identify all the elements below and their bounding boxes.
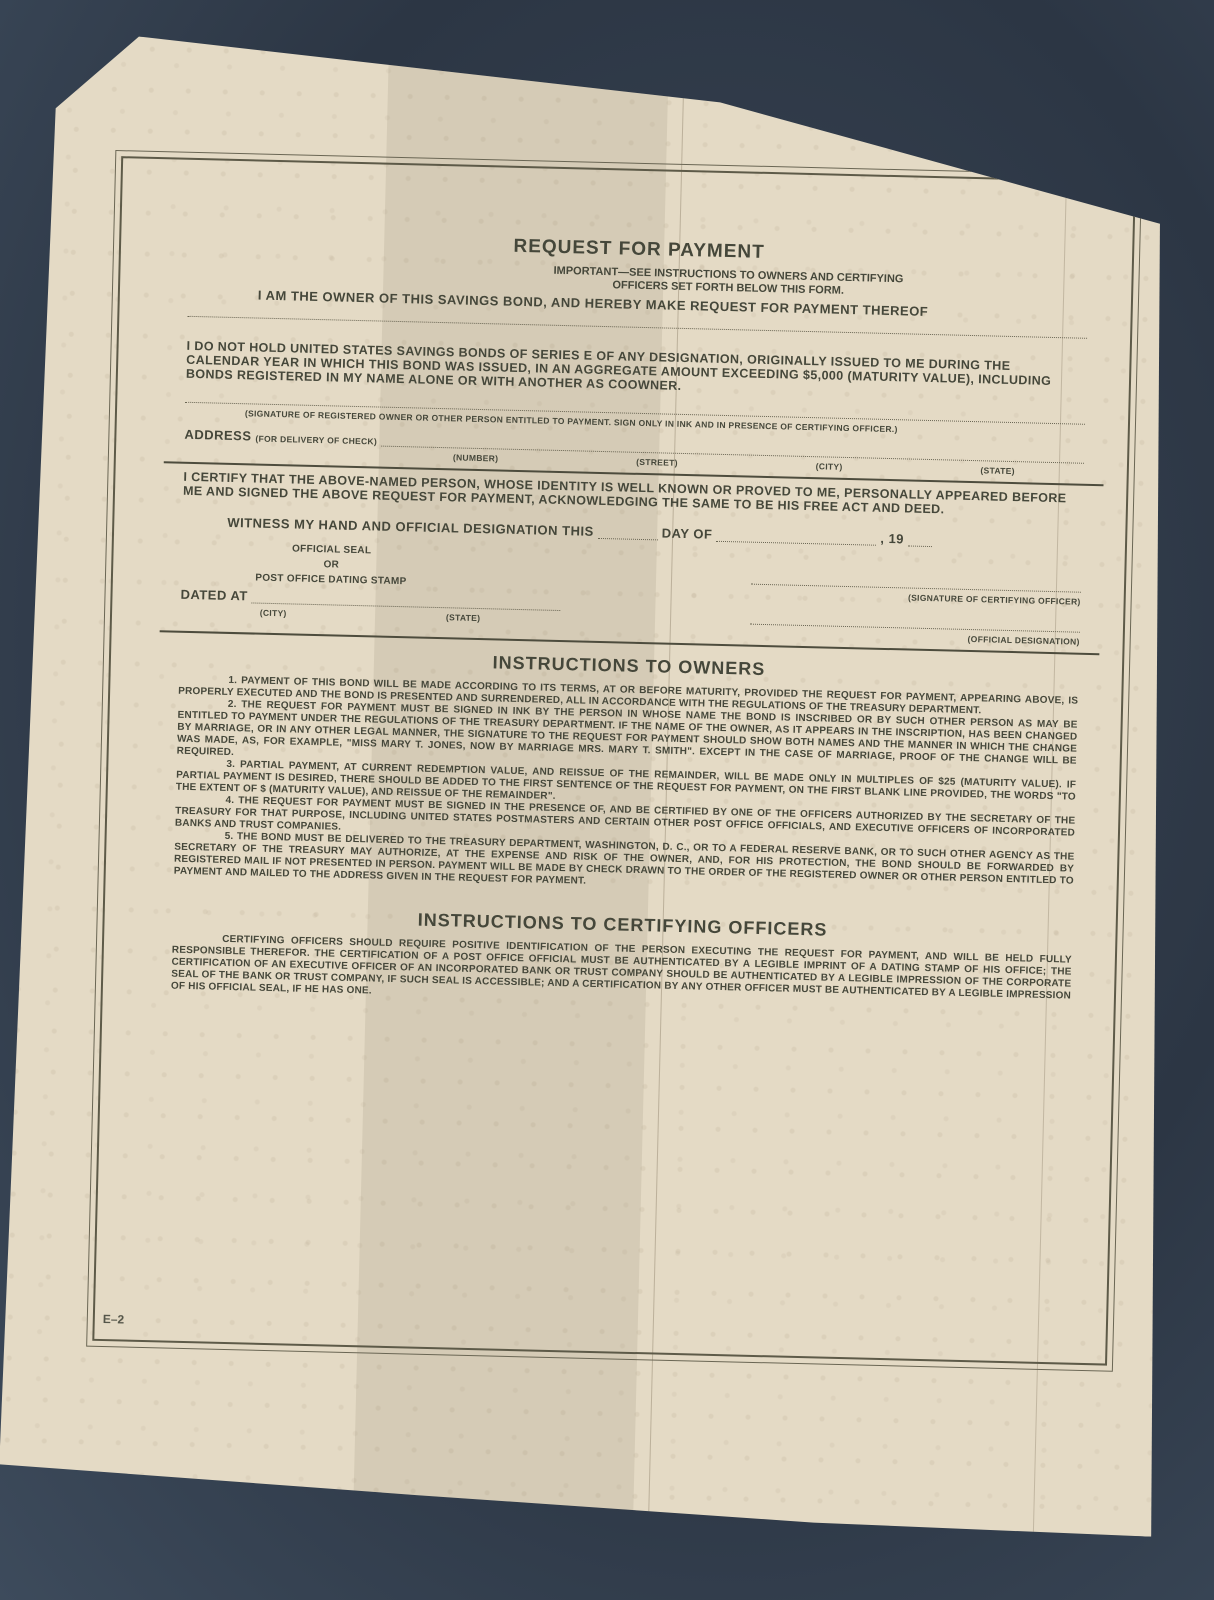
dated-at-label: Dated at <box>180 587 248 604</box>
seal-area: Official Seal or Post Office Dating Stam… <box>221 540 442 591</box>
dated-at-area: Dated at (City) (State) <box>180 587 561 634</box>
year-input-line[interactable] <box>908 544 932 547</box>
address-caption-street: (Street) <box>636 457 678 468</box>
declaration-text: I do not hold United States Savings Bond… <box>186 339 1087 403</box>
day-input-line[interactable] <box>598 537 658 540</box>
form-code: E–2 <box>103 1312 125 1327</box>
year-prefix: , 19 <box>880 531 904 547</box>
day-of-label: day of <box>662 525 713 541</box>
address-caption-state: (State) <box>980 465 1015 476</box>
address-note: (for delivery of check) <box>255 434 377 447</box>
address-label: Address <box>184 427 251 444</box>
form-content: Request for Payment Important—See instru… <box>171 228 1089 1015</box>
official-designation-area: (Official designation) <box>750 623 1080 647</box>
address-caption-city: (City) <box>816 461 843 472</box>
address-caption-number: (Number) <box>453 452 499 463</box>
certify-text: I certify that the above-named person, w… <box>183 470 1083 520</box>
owners-instructions-list: 1. Payment of this bond will be made acc… <box>174 674 1079 900</box>
bond-request-form-paper: Request for Payment Important—See instru… <box>0 34 1199 1537</box>
month-input-line[interactable] <box>716 540 876 546</box>
witness-text: Witness my hand and official designation… <box>227 515 594 539</box>
